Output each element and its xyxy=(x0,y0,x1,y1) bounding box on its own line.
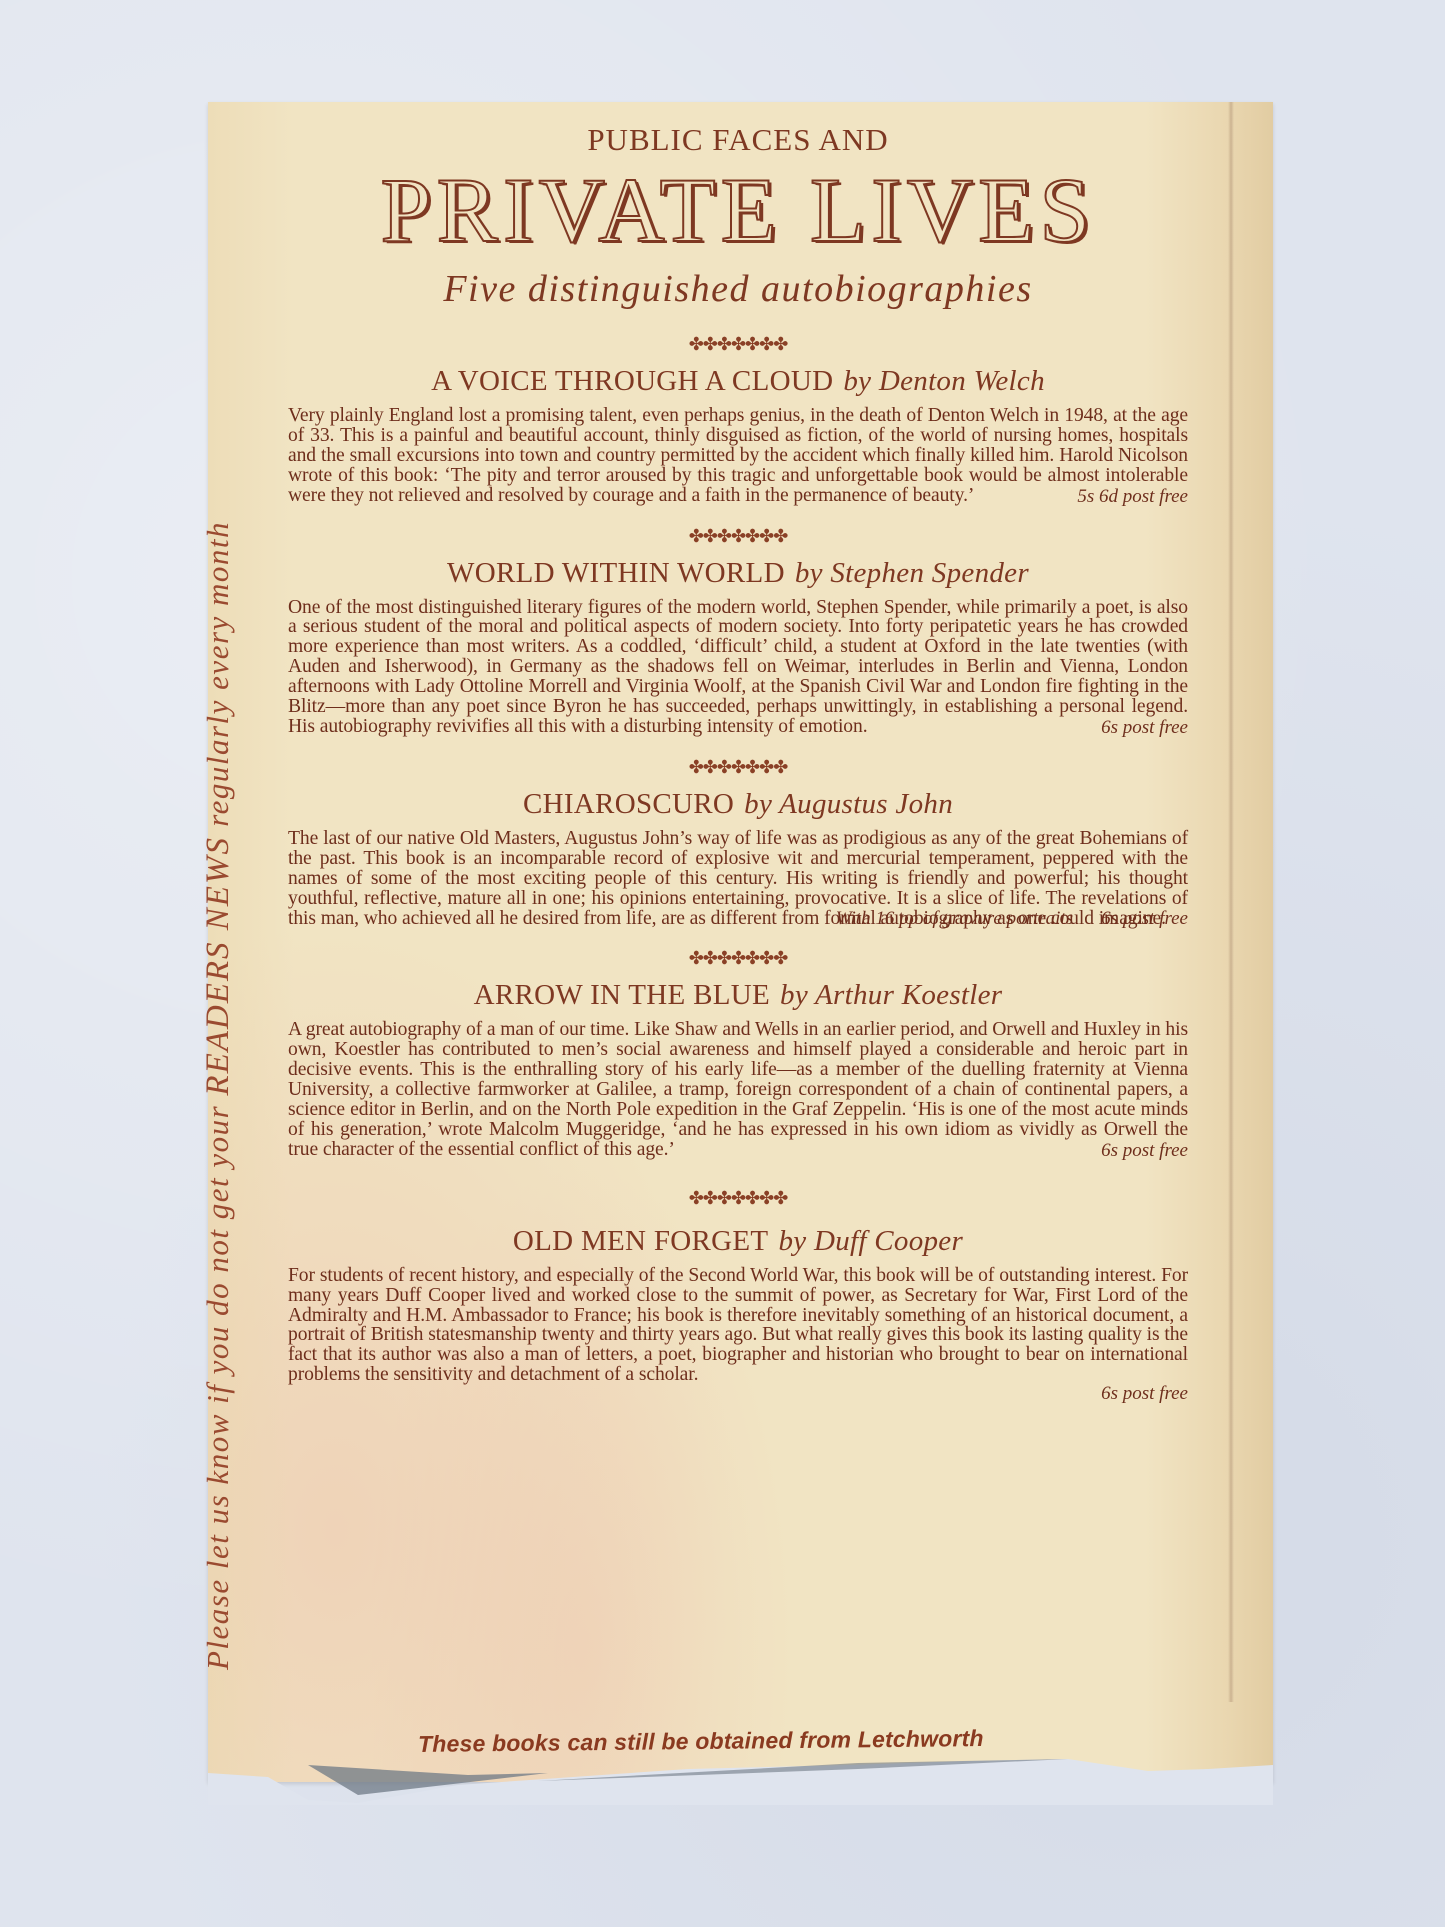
book-author: by Augustus John xyxy=(744,788,953,820)
book-author: by Arthur Koestler xyxy=(780,979,1002,1011)
subtitle: Five distinguished autobiographies xyxy=(288,264,1188,314)
book-price: 6s post free xyxy=(1101,910,1188,928)
book-entry: CHIAROSCUROby Augustus John The last of … xyxy=(288,783,1188,929)
book-entry: WORLD WITHIN WORLDby Stephen Spender One… xyxy=(288,552,1188,737)
fleuron-ornament-icon: ✤✤✤✤✤✤✤ xyxy=(288,755,1188,779)
book-price: 6s post free xyxy=(1101,1385,1188,1403)
spine-notice-emphasis: READERS NEWS xyxy=(200,836,236,1096)
spine-notice-after: regularly every month xyxy=(200,521,235,836)
book-description: One of the most distinguished literary f… xyxy=(288,598,1188,737)
book-price: 5s 6d post free xyxy=(1077,488,1188,506)
spine-fold xyxy=(1228,102,1234,1702)
book-price: 6s post free xyxy=(1101,1142,1188,1160)
book-heading: OLD MEN FORGETby Duff Cooper xyxy=(288,1220,1188,1262)
book-heading: CHIAROSCUROby Augustus John xyxy=(288,783,1188,825)
book-heading: ARROW IN THE BLUEby Arthur Koestler xyxy=(288,974,1188,1016)
book-author: by Denton Welch xyxy=(843,365,1045,397)
book-entry: OLD MEN FORGETby Duff Cooper For student… xyxy=(288,1220,1188,1403)
fleuron-ornament-icon: ✤✤✤✤✤✤✤ xyxy=(288,524,1188,548)
torn-bottom-edge xyxy=(208,1755,1273,1805)
book-description: For students of recent history, and espe… xyxy=(288,1266,1188,1385)
book-price: 6s post free xyxy=(1101,719,1188,737)
book-author: by Stephen Spender xyxy=(795,557,1029,589)
fleuron-ornament-icon: ✤✤✤✤✤✤✤ xyxy=(288,332,1188,356)
book-author: by Duff Cooper xyxy=(778,1225,963,1257)
main-title: PRIVATE LIVES xyxy=(288,162,1188,258)
spine-notice: Please let us know if you do not get you… xyxy=(200,190,237,1670)
book-heading: WORLD WITHIN WORLDby Stephen Spender xyxy=(288,552,1188,594)
book-entry: ARROW IN THE BLUEby Arthur Koestler A gr… xyxy=(288,974,1188,1159)
book-entry: A VOICE THROUGH A CLOUDby Denton Welch V… xyxy=(288,360,1188,506)
price-line: 6s post free xyxy=(288,1385,1188,1403)
kicker-heading: PUBLIC FACES AND xyxy=(288,120,1188,160)
fleuron-ornament-icon: ✤✤✤✤✤✤✤ xyxy=(288,946,1188,970)
fleuron-ornament-icon: ✤✤✤✤✤✤✤ xyxy=(288,1186,1188,1210)
book-title: OLD MEN FORGET xyxy=(513,1225,769,1257)
book-description: A great autobiography of a man of our ti… xyxy=(288,1020,1188,1159)
jacket-content: PUBLIC FACES AND PRIVATE LIVES Five dist… xyxy=(288,108,1188,1403)
book-title: ARROW IN THE BLUE xyxy=(474,979,770,1011)
book-extra-note: With 16 pp of gravure portraits xyxy=(836,910,1073,928)
spine-notice-before: Please let us know if you do not get you… xyxy=(200,1096,235,1670)
book-title: WORLD WITHIN WORLD xyxy=(447,557,785,589)
book-title: A VOICE THROUGH A CLOUD xyxy=(431,365,833,397)
book-title: CHIAROSCURO xyxy=(523,788,734,820)
book-heading: A VOICE THROUGH A CLOUDby Denton Welch xyxy=(288,360,1188,402)
